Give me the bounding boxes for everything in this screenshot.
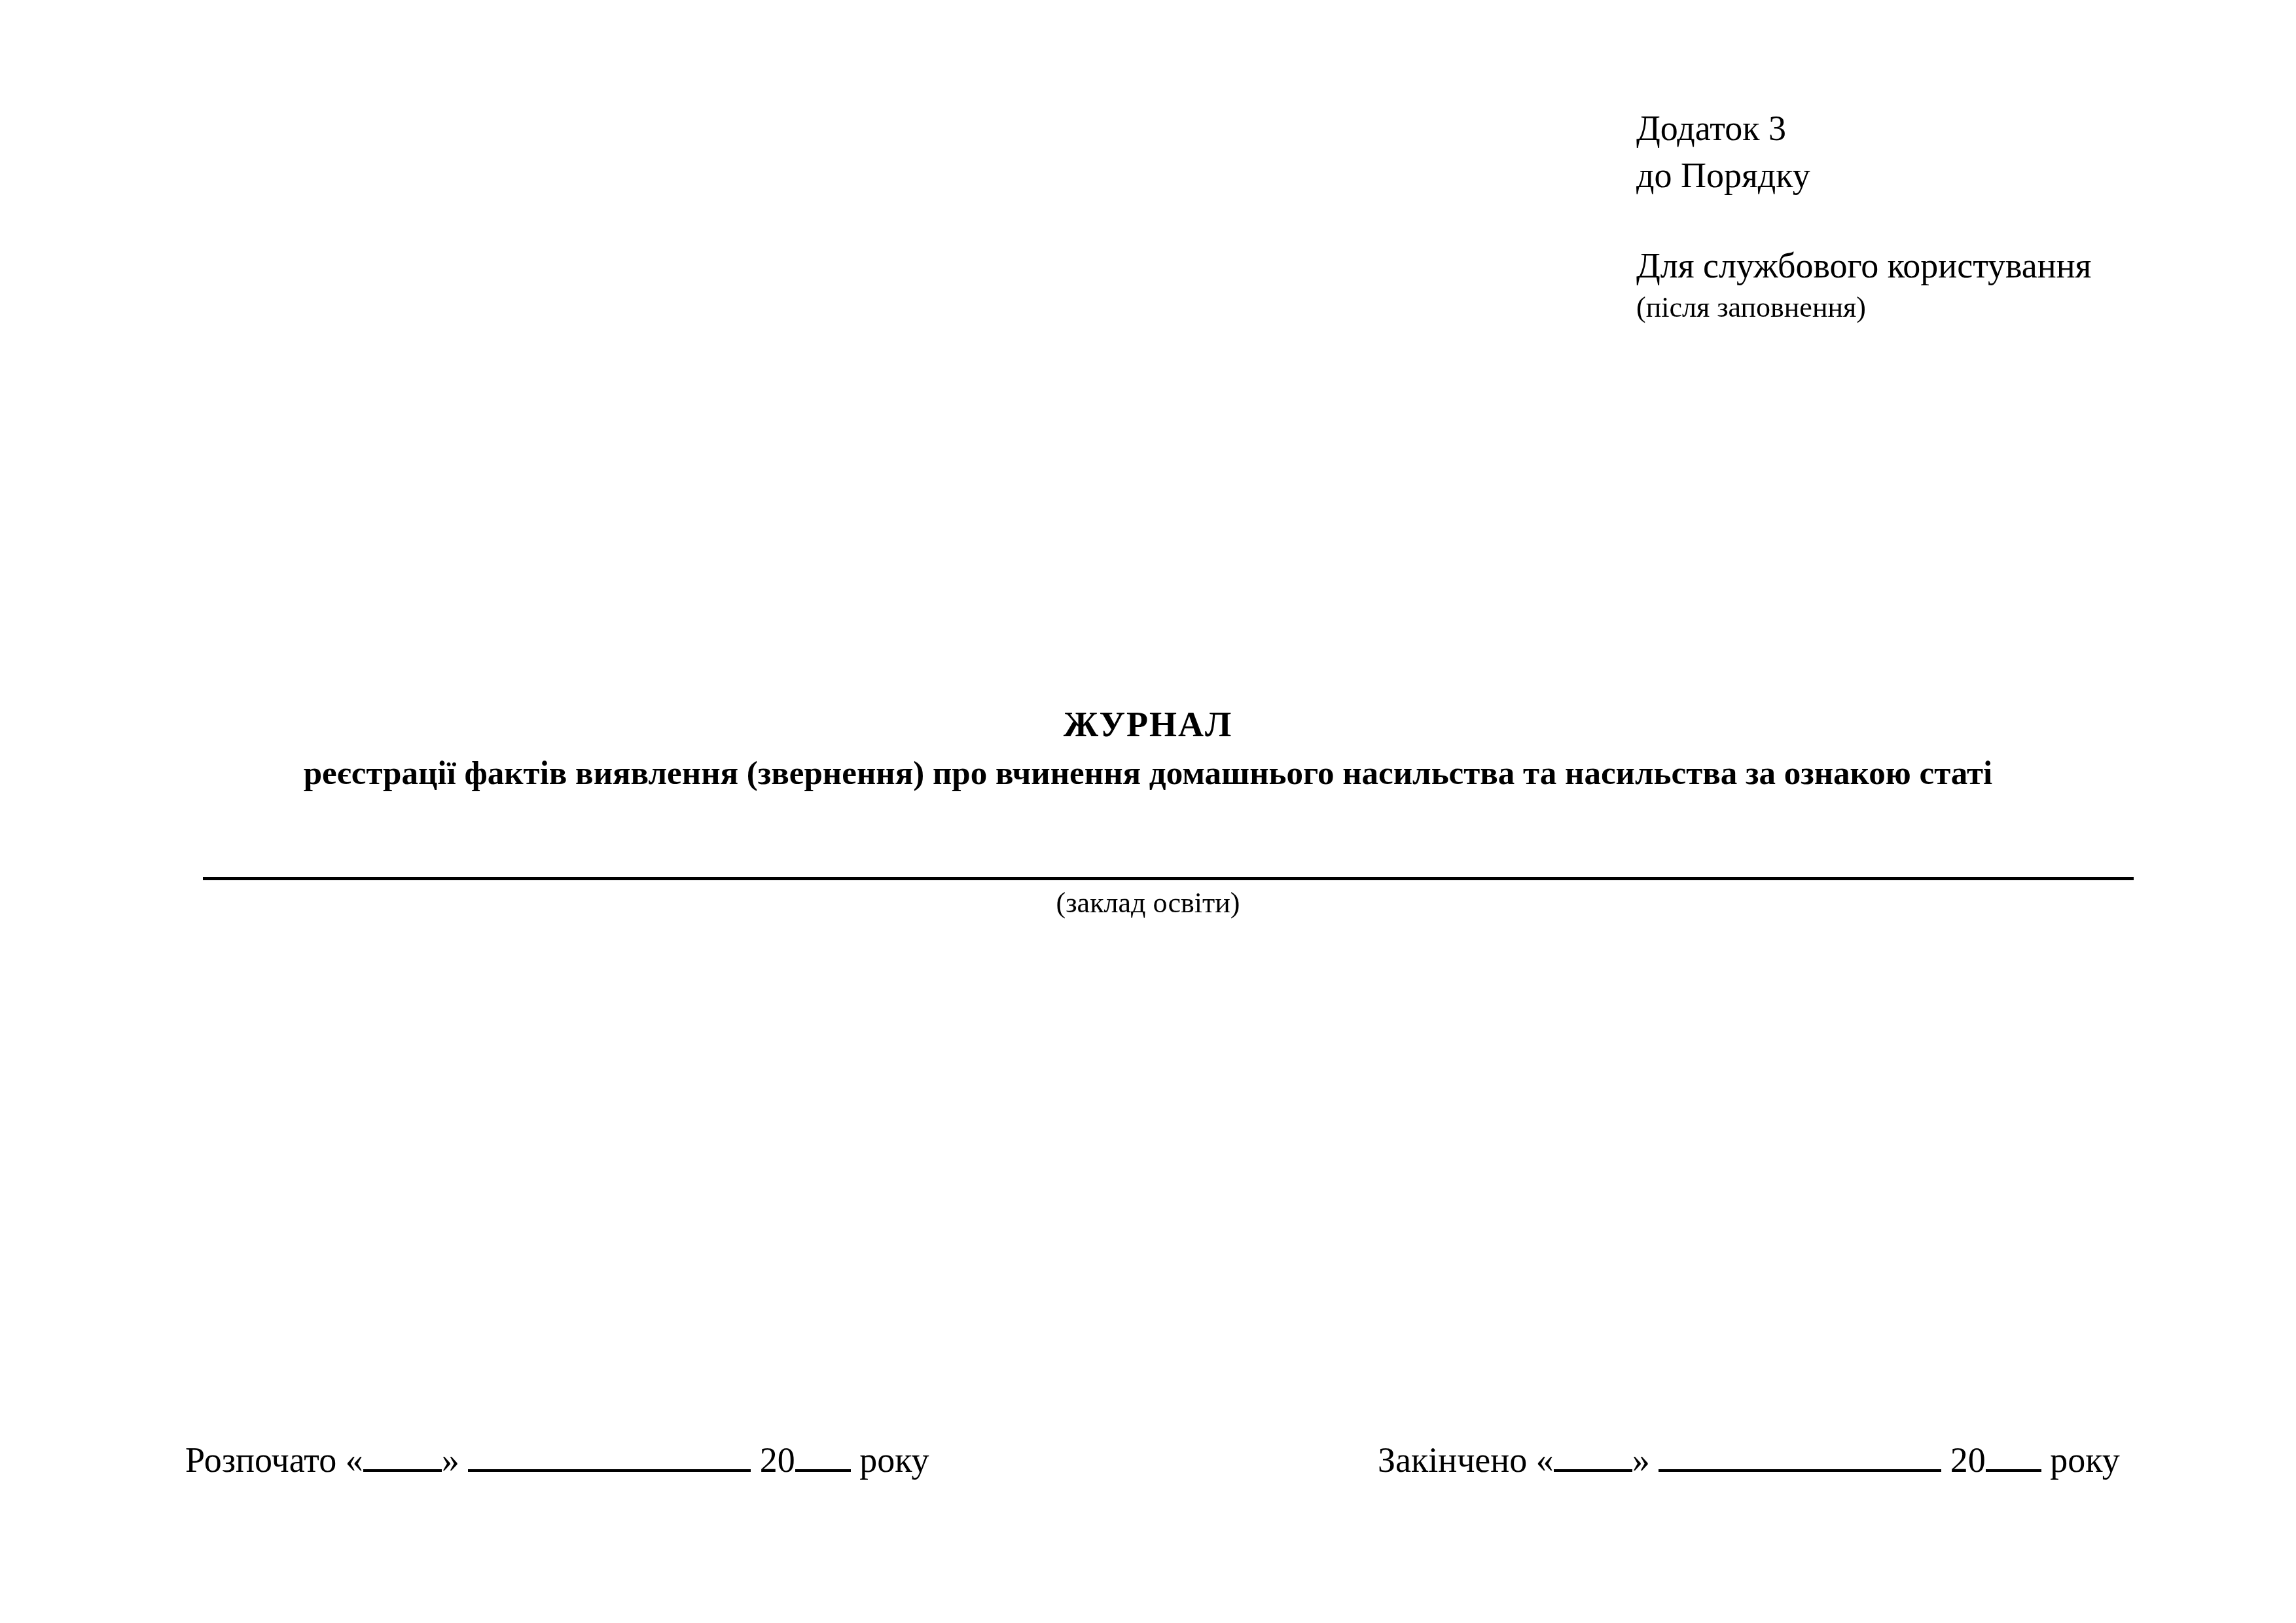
- institution-field[interactable]: [203, 877, 2134, 880]
- start-day-field[interactable]: [363, 1439, 442, 1472]
- start-year-field[interactable]: [795, 1439, 851, 1472]
- end-date-line: Закінчено «» 20 року: [1378, 1436, 2120, 1484]
- classification-note: (після заповнення): [1636, 289, 2091, 326]
- journal-title-block: ЖУРНАЛ реєстрації фактів виявлення (звер…: [0, 699, 2296, 797]
- end-year-word: року: [2050, 1440, 2119, 1480]
- end-month-field[interactable]: [1659, 1439, 1941, 1472]
- end-open-quote: «: [1536, 1440, 1554, 1480]
- journal-subheading: реєстрації фактів виявлення (звернення) …: [0, 750, 2296, 797]
- journal-heading: ЖУРНАЛ: [0, 699, 2296, 750]
- end-year-field[interactable]: [1986, 1439, 2041, 1472]
- annex-block: Додаток 3 до Порядку Для службового кори…: [1636, 105, 2091, 326]
- annex-spacer: [1636, 199, 2091, 242]
- institution-caption: (заклад освіти): [0, 885, 2296, 921]
- start-close-quote: »: [442, 1440, 459, 1480]
- start-date-label: Розпочато: [185, 1440, 336, 1480]
- annex-number: Додаток 3: [1636, 105, 2091, 152]
- end-date-label: Закінчено: [1378, 1440, 1527, 1480]
- end-day-field[interactable]: [1554, 1439, 1632, 1472]
- annex-reference: до Порядку: [1636, 152, 2091, 199]
- end-close-quote: »: [1632, 1440, 1650, 1480]
- start-year-word: року: [859, 1440, 929, 1480]
- classification-label: Для службового користування: [1636, 242, 2091, 289]
- start-open-quote: «: [346, 1440, 363, 1480]
- end-year-prefix: 20: [1950, 1440, 1986, 1480]
- start-year-prefix: 20: [760, 1440, 795, 1480]
- start-month-field[interactable]: [468, 1439, 751, 1472]
- start-date-line: Розпочато «» 20 року: [185, 1436, 929, 1484]
